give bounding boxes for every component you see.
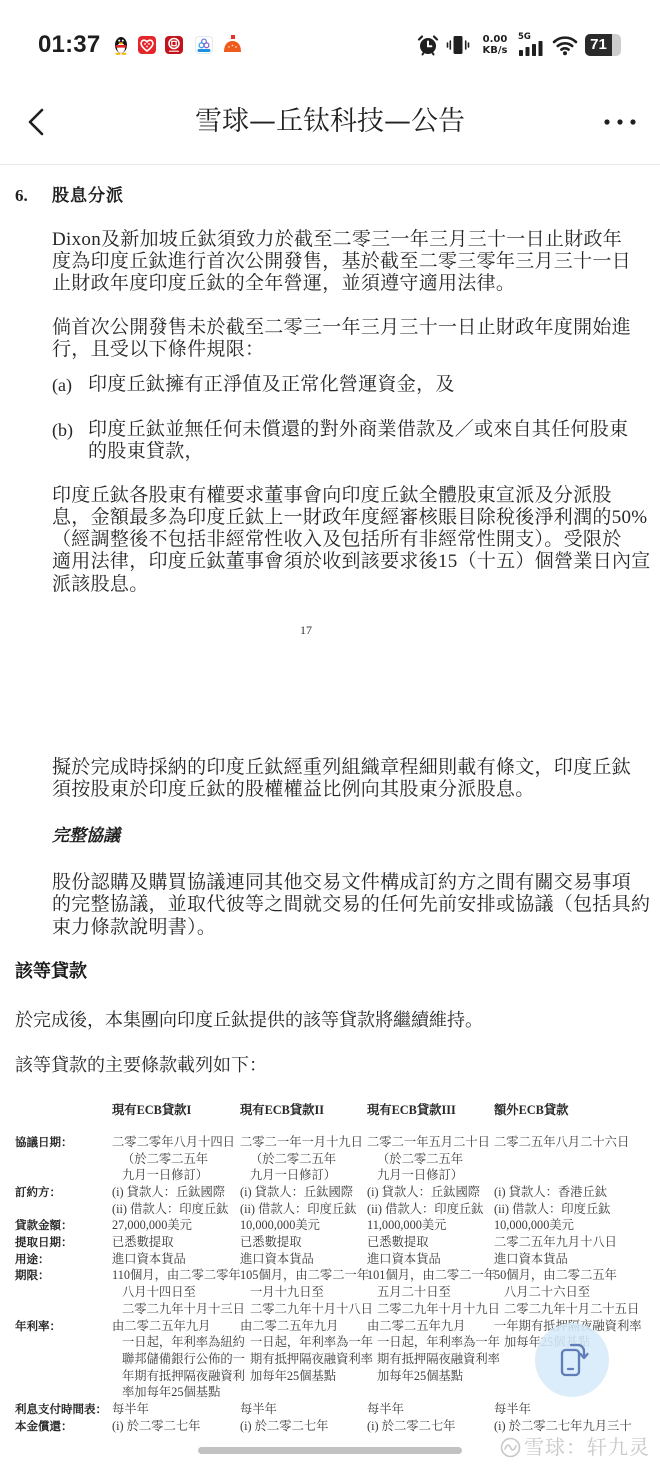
table-row-purpose: 用途： 進口資本貨品 進口資本貨品 進口資本貨品 進口資本貨品 <box>15 1251 654 1268</box>
battery-level: 71 <box>585 34 612 56</box>
cell-line: （於二零二五年 <box>112 1151 240 1168</box>
table-cell: 二零二五年九月十八日 <box>494 1234 654 1251</box>
table-header-row: 現有ECB貸款I 現有ECB貸款II 現有ECB貸款III 額外ECB貸款 <box>15 1102 654 1119</box>
row-label: 年利率： <box>15 1318 112 1335</box>
cell-line: 由二零二五年九月 <box>240 1318 367 1335</box>
item-label: (a) <box>52 374 72 396</box>
network-speed: 0.00 KB/s <box>479 34 511 56</box>
cell-line: 九月一日修訂） <box>240 1167 367 1184</box>
header-divider <box>0 164 660 165</box>
table-row-agreement-date: 協議日期： 二零二零年八月十四日 （於二零二五年 九月一日修訂） 二零二一年一月… <box>15 1134 654 1184</box>
rotate-screen-button[interactable] <box>535 1323 609 1397</box>
page-number: 17 <box>300 622 312 638</box>
network-speed-value: 0.00 <box>479 34 511 45</box>
text-line: 止財政年度印度丘鈦的全年營運，並須遵守適用法律。 <box>52 273 515 295</box>
cell-line: 已悉數提取 <box>240 1234 367 1251</box>
snowball-logo-icon <box>500 1437 521 1458</box>
cell-line: 二零二一年五月二十日 <box>367 1134 494 1151</box>
cell-line: 聯邦儲備銀行公佈的一 <box>112 1351 240 1368</box>
table-cell: 二零二一年一月十九日 （於二零二五年 九月一日修訂） <box>240 1134 367 1184</box>
cell-line: 進口資本貨品 <box>367 1251 494 1268</box>
table-cell: 101個月，由二零二一年 五月二十日至 二零二九年十月十九日 <box>367 1267 494 1317</box>
cell-line: (ii) 借款人：印度丘鈦 <box>112 1201 240 1218</box>
cell-line: 二零二九年十月十八日 <box>240 1301 367 1318</box>
cell-line: (i) 於二零二七年 <box>367 1418 494 1435</box>
watermark-text: 雪球：轩九灵 <box>524 1435 650 1459</box>
table-cell: 進口資本貨品 <box>240 1251 367 1268</box>
text-line: Dixon及新加坡丘鈦須致力於截至二零三一年三月三十一日止財政年 <box>52 229 622 251</box>
table-cell: 10,000,000美元 <box>240 1217 367 1234</box>
text-line: 須按股東於印度丘鈦的股權權益比例向其股東分派股息。 <box>52 779 535 801</box>
column-header: 現有ECB貸款I <box>112 1102 240 1119</box>
table-cell: 由二零二五年九月 一日起，年利率為紐約 聯邦儲備銀行公佈的一 年期有抵押隔夜融資… <box>112 1318 240 1401</box>
row-label: 本金償還： <box>15 1418 112 1435</box>
cell-line: 11,000,000美元 <box>367 1217 494 1234</box>
cell-line: （於二零二五年 <box>367 1151 494 1168</box>
cell-line: 八月十四日至 <box>112 1284 240 1301</box>
table-cell: 每半年 <box>494 1401 654 1418</box>
cell-line: 期有抵押隔夜融資利率 <box>240 1351 367 1368</box>
text-line: 印度丘鈦各股東有權要求董事會向印度丘鈦全體股東宣派及分派股 <box>52 485 612 507</box>
cell-line: (ii) 借款人：印度丘鈦 <box>494 1201 654 1218</box>
table-cell: 進口資本貨品 <box>494 1251 654 1268</box>
cell-line: 二零二五年九月十八日 <box>494 1234 654 1251</box>
text-line: 適用法律，印度丘鈦董事會須於收到該要求後15（十五）個營業日內宣 <box>52 551 651 573</box>
table-cell: 每半年 <box>240 1401 367 1418</box>
cell-line: 進口資本貨品 <box>494 1251 654 1268</box>
table-cell: (i) 貸款人：丘鈦國際 (ii) 借款人：印度丘鈦 <box>367 1184 494 1217</box>
cell-line: 二零二九年十月十九日 <box>367 1301 494 1318</box>
section-heading-loans: 該等貸款 <box>15 960 87 984</box>
table-cell: 11,000,000美元 <box>367 1217 494 1234</box>
cellular-signal-icon <box>518 41 544 56</box>
table-cell: 進口資本貨品 <box>112 1251 240 1268</box>
loans-table-intro: 該等貸款的主要條款載列如下： <box>15 1055 267 1077</box>
row-label: 提取日期： <box>15 1234 112 1251</box>
text-line: 股份認購及購買協議連同其他交易文件構成訂約方之間有關交易事項 <box>52 872 631 894</box>
cell-line: 每半年 <box>367 1401 494 1418</box>
cell-line: (i) 貸款人：丘鈦國際 <box>367 1184 494 1201</box>
cell-line: 進口資本貨品 <box>240 1251 367 1268</box>
table-cell: (i) 於二零二七年 <box>240 1418 367 1435</box>
cell-line: 五月二十日至 <box>367 1284 494 1301</box>
vibrate-icon <box>446 33 470 57</box>
table-cell: 每半年 <box>367 1401 494 1418</box>
table-cell: 50個月，由二零二五年 八月二十六日至 二零二九年十月二十五日 <box>494 1267 654 1317</box>
cell-line: (i) 於二零二七年 <box>112 1418 240 1435</box>
wifi-icon <box>552 34 578 56</box>
battery-icon: 71 <box>585 34 621 56</box>
cell-line: 年期有抵押隔夜融資利 <box>112 1368 240 1385</box>
network-speed-unit: KB/s <box>479 45 511 56</box>
table-cell: (i) 於二零二七年 <box>367 1418 494 1435</box>
cell-line: 已悉數提取 <box>112 1234 240 1251</box>
cell-line: 加每年25個基點 <box>240 1368 367 1385</box>
qq-icon <box>113 36 129 55</box>
loans-intro: 於完成後，本集團向印度丘鈦提供的該等貸款將繼續維持。 <box>15 1010 483 1032</box>
table-row-principal-repayment: 本金償還： (i) 於二零二七年 (i) 於二零二七年 (i) 於二零二七年 (… <box>15 1418 654 1435</box>
table-cell: (i) 貸款人：丘鈦國際 (ii) 借款人：印度丘鈦 <box>112 1184 240 1217</box>
cell-line: 二零二五年八月二十六日 <box>494 1134 654 1151</box>
table-cell: (i) 於二零二七年 <box>112 1418 240 1435</box>
table-row-parties: 訂約方： (i) 貸款人：丘鈦國際 (ii) 借款人：印度丘鈦 (i) 貸款人：… <box>15 1184 654 1217</box>
page-title: 雪球—丘钛科技—公告 <box>0 106 660 138</box>
section-number: 6. <box>15 185 28 207</box>
table-row-term: 期限： 110個月，由二零二零年 八月十四日至 二零二九年十月十三日 105個月… <box>15 1267 654 1317</box>
table-row-loan-amount: 貸款金額： 27,000,000美元 10,000,000美元 11,000,0… <box>15 1217 654 1234</box>
table-cell: 由二零二五年九月 一日起，年利率為一年 期有抵押隔夜融資利率 加每年25個基點 <box>367 1318 494 1385</box>
more-button[interactable] <box>601 112 639 132</box>
status-time: 01:37 <box>38 31 100 59</box>
orange-app-icon <box>223 35 242 55</box>
screen-rotate-icon <box>553 1341 591 1379</box>
table-row-drawdown-date: 提取日期： 已悉數提取 已悉數提取 已悉數提取 二零二五年九月十八日 <box>15 1234 654 1251</box>
cell-line: 由二零二五年九月 <box>367 1318 494 1335</box>
text-line: 印度丘鈦並無任何未償還的對外商業借款及／或來自其任何股東 <box>88 419 628 441</box>
subsection-title: 完整協議 <box>52 825 120 847</box>
section-title: 股息分派 <box>52 185 124 207</box>
horizontal-scrollbar[interactable] <box>198 1447 462 1454</box>
cell-line: 九月一日修訂） <box>367 1167 494 1184</box>
cell-line: 二零二九年十月十三日 <box>112 1301 240 1318</box>
table-cell: 105個月，由二零二一年 一月十九日至 二零二九年十月十八日 <box>240 1267 367 1317</box>
text-line: 印度丘鈦擁有正淨值及正常化營運資金，及 <box>88 374 455 396</box>
bank-app-icon <box>165 36 183 54</box>
text-line: 度為印度丘鈦進行首次公開發售，基於截至二零三零年三月三十一日 <box>52 251 631 273</box>
cell-line: 由二零二五年九月 <box>112 1318 240 1335</box>
cell-line: 110個月，由二零二零年 <box>112 1267 240 1284</box>
text-line: 倘首次公開發售未於截至二零三一年三月三十一日止財政年度開始進 <box>52 317 631 339</box>
cell-line: 已悉數提取 <box>367 1234 494 1251</box>
cell-line: 27,000,000美元 <box>112 1217 240 1234</box>
cell-line: 九月一日修訂） <box>112 1167 240 1184</box>
text-line: （經調整後不包括非經常性收入及包括所有非經常性開支）。受限於 <box>52 529 622 551</box>
cloud-app-icon <box>195 36 213 54</box>
table-cell: 由二零二五年九月 一日起，年利率為一年 期有抵押隔夜融資利率 加每年25個基點 <box>240 1318 367 1385</box>
more-dots-icon <box>601 112 639 132</box>
column-header: 額外ECB貸款 <box>494 1102 654 1119</box>
cell-line: 加每年25個基點 <box>367 1368 494 1385</box>
row-label: 利息支付時間表： <box>15 1401 112 1418</box>
column-header: 現有ECB貸款III <box>367 1102 494 1119</box>
cell-line: (ii) 借款人：印度丘鈦 <box>240 1201 367 1218</box>
table-cell: 進口資本貨品 <box>367 1251 494 1268</box>
cell-line: (i) 貸款人：丘鈦國際 <box>112 1184 240 1201</box>
cell-line: 一月十九日至 <box>240 1284 367 1301</box>
column-header: 現有ECB貸款II <box>240 1102 367 1119</box>
table-row-interest-schedule: 利息支付時間表： 每半年 每半年 每半年 每半年 <box>15 1401 654 1418</box>
cell-line: 一日起，年利率為一年 <box>240 1334 367 1351</box>
table-cell: 已悉數提取 <box>367 1234 494 1251</box>
table-cell: 27,000,000美元 <box>112 1217 240 1234</box>
alarm-icon <box>416 33 440 57</box>
table-cell: 二零二五年八月二十六日 <box>494 1134 654 1151</box>
cell-line: 50個月，由二零二五年 <box>494 1267 654 1284</box>
cell-line: 101個月，由二零二一年 <box>367 1267 494 1284</box>
row-label: 貸款金額： <box>15 1217 112 1234</box>
cell-line: 每半年 <box>494 1401 654 1418</box>
row-label: 協議日期： <box>15 1134 112 1151</box>
cell-line: 二零二零年八月十四日 <box>112 1134 240 1151</box>
cell-line: 一日起，年利率為紐約 <box>112 1334 240 1351</box>
cell-line: （於二零二五年 <box>240 1151 367 1168</box>
table-cell: 二零二零年八月十四日 （於二零二五年 九月一日修訂） <box>112 1134 240 1184</box>
text-line: 息，金額最多為印度丘鈦上一財政年度經審核賬目除稅後淨利潤的50% <box>52 507 647 529</box>
text-line: 擬於完成時採納的印度丘鈦經重列組織章程細則載有條文，印度丘鈦 <box>52 757 631 779</box>
cell-line: (i) 於二零二七年九月三十 <box>494 1418 654 1435</box>
table-cell: (i) 於二零二七年九月三十 <box>494 1418 654 1435</box>
table-cell: (i) 貸款人：丘鈦國際 (ii) 借款人：印度丘鈦 <box>240 1184 367 1217</box>
cell-line: 進口資本貨品 <box>112 1251 240 1268</box>
table-cell: 已悉數提取 <box>240 1234 367 1251</box>
row-label: 用途： <box>15 1251 112 1268</box>
table-cell: 每半年 <box>112 1401 240 1418</box>
cell-line: 10,000,000美元 <box>240 1217 367 1234</box>
table-cell: 二零二一年五月二十日 （於二零二五年 九月一日修訂） <box>367 1134 494 1184</box>
text-line: 派該股息。 <box>52 574 149 596</box>
cell-line: 期有抵押隔夜融資利率 <box>367 1351 494 1368</box>
cell-line: (i) 貸款人：丘鈦國際 <box>240 1184 367 1201</box>
cell-line: 二零二一年一月十九日 <box>240 1134 367 1151</box>
table-cell: 10,000,000美元 <box>494 1217 654 1234</box>
table-cell: (i) 貸款人：香港丘鈦 (ii) 借款人：印度丘鈦 <box>494 1184 654 1217</box>
row-label: 訂約方： <box>15 1184 112 1201</box>
row-label: 期限： <box>15 1267 112 1284</box>
cell-line: 每半年 <box>112 1401 240 1418</box>
cell-line: 八月二十六日至 <box>494 1284 654 1301</box>
cell-line: 率加每年25個基點 <box>112 1384 240 1401</box>
cell-line: 二零二九年十月二十五日 <box>494 1301 654 1318</box>
cell-line: 105個月，由二零二一年 <box>240 1267 367 1284</box>
text-line: 行，且受以下條件規限： <box>52 339 264 361</box>
text-line: 束力條款說明書）。 <box>52 917 216 939</box>
cell-line: (i) 貸款人：香港丘鈦 <box>494 1184 654 1201</box>
table-cell: 110個月，由二零二零年 八月十四日至 二零二九年十月十三日 <box>112 1267 240 1317</box>
cell-line: 10,000,000美元 <box>494 1217 654 1234</box>
cell-line: (ii) 借款人：印度丘鈦 <box>367 1201 494 1218</box>
table-cell: 已悉數提取 <box>112 1234 240 1251</box>
cell-line: 一日起，年利率為一年 <box>367 1334 494 1351</box>
cell-line: (i) 於二零二七年 <box>240 1418 367 1435</box>
item-label: (b) <box>52 419 73 441</box>
cell-line: 每半年 <box>240 1401 367 1418</box>
text-line: 的完整協議，並取代彼等之間就交易的任何先前安排或協議（包括具約 <box>52 894 650 916</box>
text-line: 的股東貸款， <box>88 441 204 463</box>
heart-app-icon <box>138 36 156 54</box>
